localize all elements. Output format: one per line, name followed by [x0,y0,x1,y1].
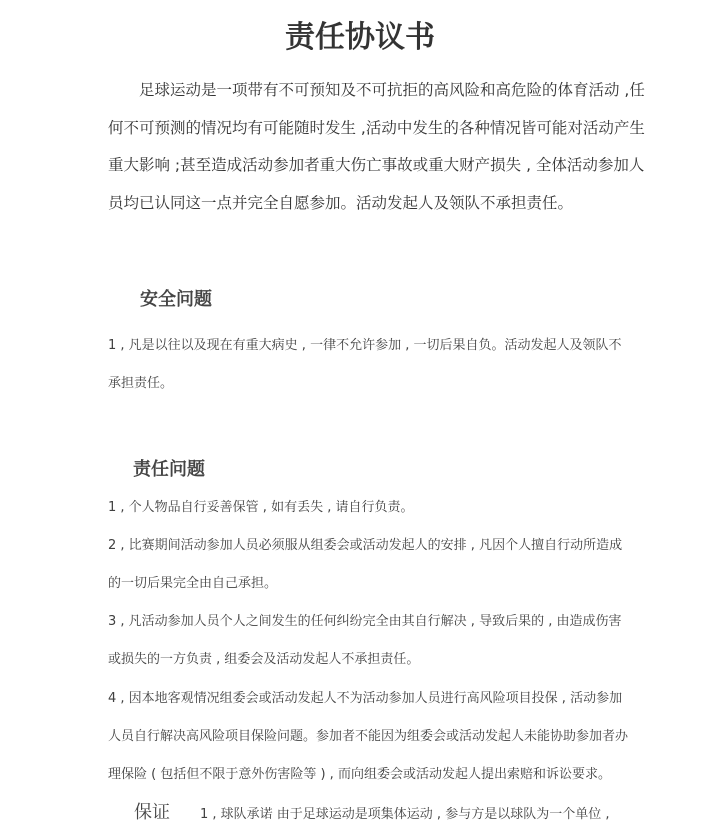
paragraph-line: 1 , 凡是以往以及现在有重大病史 , 一律不允许参加 , 一切后果自负。活动发… [108,327,628,365]
safety-item-1: 1 , 凡是以往以及现在有重大病史 , 一律不允许参加 , 一切后果自负。活动发… [108,327,628,403]
section-heading-safety: 安全问题 [140,287,212,313]
intro-paragraph: 足球运动是一项带有不可预知及不可抗拒的高风险和高危险的体育活动 ,任 何不可预测… [108,72,628,222]
paragraph-line: 1 , 个人物品自行妥善保管 , 如有丢失 , 请自行负责。 [108,489,628,527]
liability-item-2: 2 , 比赛期间活动参加人员必须服从组委会或活动发起人的安排 , 凡因个人擅自行… [108,527,628,603]
paragraph-line: 的一切后果完全由自己承担。 [108,565,628,603]
section-heading-guarantee: 保证 [134,798,200,824]
intro-line: 员均已认同这一点并完全自愿参加。活动发起人及领队不承担责任。 [108,185,628,223]
paragraph-line: 2 , 比赛期间活动参加人员必须服从组委会或活动发起人的安排 , 凡因个人擅自行… [108,527,628,565]
paragraph-line: 或损失的一方负责 , 组委会及活动发起人不承担责任。 [108,641,628,679]
paragraph-line: 3 , 凡活动参加人员个人之间发生的任何纠纷完全由其自行解决 , 导致后果的 ,… [108,603,628,641]
paragraph-line: 理保险 ( 包括但不限于意外伤害险等 ) , 而向组委会或活动发起人提出索赔和诉… [108,756,628,794]
paragraph-line: 人员自行解决高风险项目保险问题。参加者不能因为组委会或活动发起人未能协助参加者办 [108,718,628,756]
liability-item-4: 4 , 因本地客观情况组委会或活动发起人不为活动参加人员进行高风险项目投保 , … [108,680,628,794]
paragraph-line: 4 , 因本地客观情况组委会或活动发起人不为活动参加人员进行高风险项目投保 , … [108,680,628,718]
liability-item-3: 3 , 凡活动参加人员个人之间发生的任何纠纷完全由其自行解决 , 导致后果的 ,… [108,603,628,679]
intro-line: 重大影响 ;甚至造成活动参加者重大伤亡事故或重大财产损失 , 全体活动参加人 [108,147,628,185]
paragraph-line: 承担责任。 [108,365,628,403]
intro-line: 何不可预测的情况均有可能随时发生 ,活动中发生的各种情况皆可能对活动产生 [108,110,628,148]
liability-item-1: 1 , 个人物品自行妥善保管 , 如有丢失 , 请自行负责。 [108,489,628,527]
intro-line: 足球运动是一项带有不可预知及不可抗拒的高风险和高危险的体育活动 ,任 [108,72,628,110]
guarantee-section: 保证 1 , 球队承诺 由于足球运动是项集体运动 , 参与方是以球队为一个单位 … [134,798,609,824]
document-title: 责任协议书 [0,18,720,58]
guarantee-item-1: 1 , 球队承诺 由于足球运动是项集体运动 , 参与方是以球队为一个单位 , [200,803,609,822]
section-heading-liability: 责任问题 [133,457,205,483]
